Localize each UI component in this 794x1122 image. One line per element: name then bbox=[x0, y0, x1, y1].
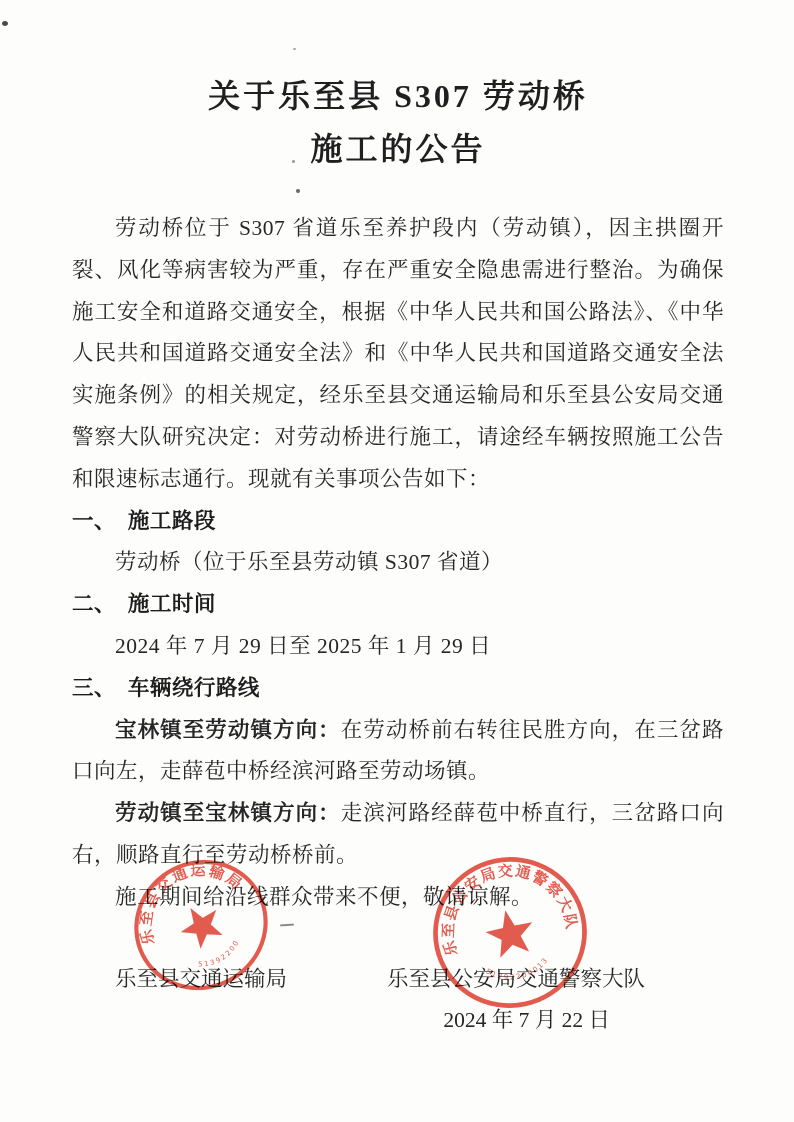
section3-heading: 三、车辆绕行路线 bbox=[72, 668, 724, 710]
section2-body: 2024 年 7 月 29 日至 2025 年 1 月 29 日 bbox=[72, 626, 724, 668]
section1-heading: 一、施工路段 bbox=[72, 501, 724, 543]
title-line-2: 施工的公告 bbox=[72, 123, 724, 176]
signature-transport-bureau: 乐至县交通运输局 bbox=[115, 959, 287, 1001]
section2-heading: 二、施工时间 bbox=[72, 584, 724, 626]
page-title: 关于乐至县 S307 劳动桥 施工的公告 bbox=[72, 70, 724, 176]
closing-paragraph: 施工期间给沿线群众带来不便，敬请谅解。 bbox=[72, 877, 724, 919]
section3-number: 三、 bbox=[72, 676, 116, 700]
signature-traffic-police: 乐至县公安局交通警察大队 bbox=[387, 959, 645, 1001]
detour1-label: 宝林镇至劳动镇方向： bbox=[115, 718, 341, 742]
signature-row: 乐至县交通运输局 乐至县公安局交通警察大队 bbox=[72, 959, 724, 1001]
section2-number: 二、 bbox=[72, 592, 116, 616]
detour-paragraph-1: 宝林镇至劳动镇方向：在劳动桥前右转往民胜方向，在三岔路口向左，走薛苞中桥经滨河路… bbox=[72, 710, 724, 794]
issue-date: 2024 年 7 月 22 日 bbox=[72, 1000, 724, 1042]
detour-paragraph-2: 劳动镇至宝林镇方向：走滨河路经薛苞中桥直行，三岔路口向右，顺路直行至劳动桥桥前。 bbox=[72, 793, 724, 877]
intro-paragraph: 劳动桥位于 S307 省道乐至养护段内（劳动镇），因主拱圈开裂、风化等病害较为严… bbox=[72, 208, 724, 501]
section2-title: 施工时间 bbox=[128, 592, 216, 616]
section1-number: 一、 bbox=[72, 509, 116, 533]
notice-page: 关于乐至县 S307 劳动桥 施工的公告 劳动桥位于 S307 省道乐至养护段内… bbox=[0, 0, 794, 1122]
title-line-1: 关于乐至县 S307 劳动桥 bbox=[72, 70, 724, 123]
section1-body: 劳动桥（位于乐至县劳动镇 S307 省道） bbox=[72, 542, 724, 584]
section1-title: 施工路段 bbox=[128, 509, 216, 533]
document-body: 关于乐至县 S307 劳动桥 施工的公告 劳动桥位于 S307 省道乐至养护段内… bbox=[0, 0, 794, 1042]
section3-title: 车辆绕行路线 bbox=[128, 676, 260, 700]
detour2-label: 劳动镇至宝林镇方向： bbox=[115, 801, 341, 825]
